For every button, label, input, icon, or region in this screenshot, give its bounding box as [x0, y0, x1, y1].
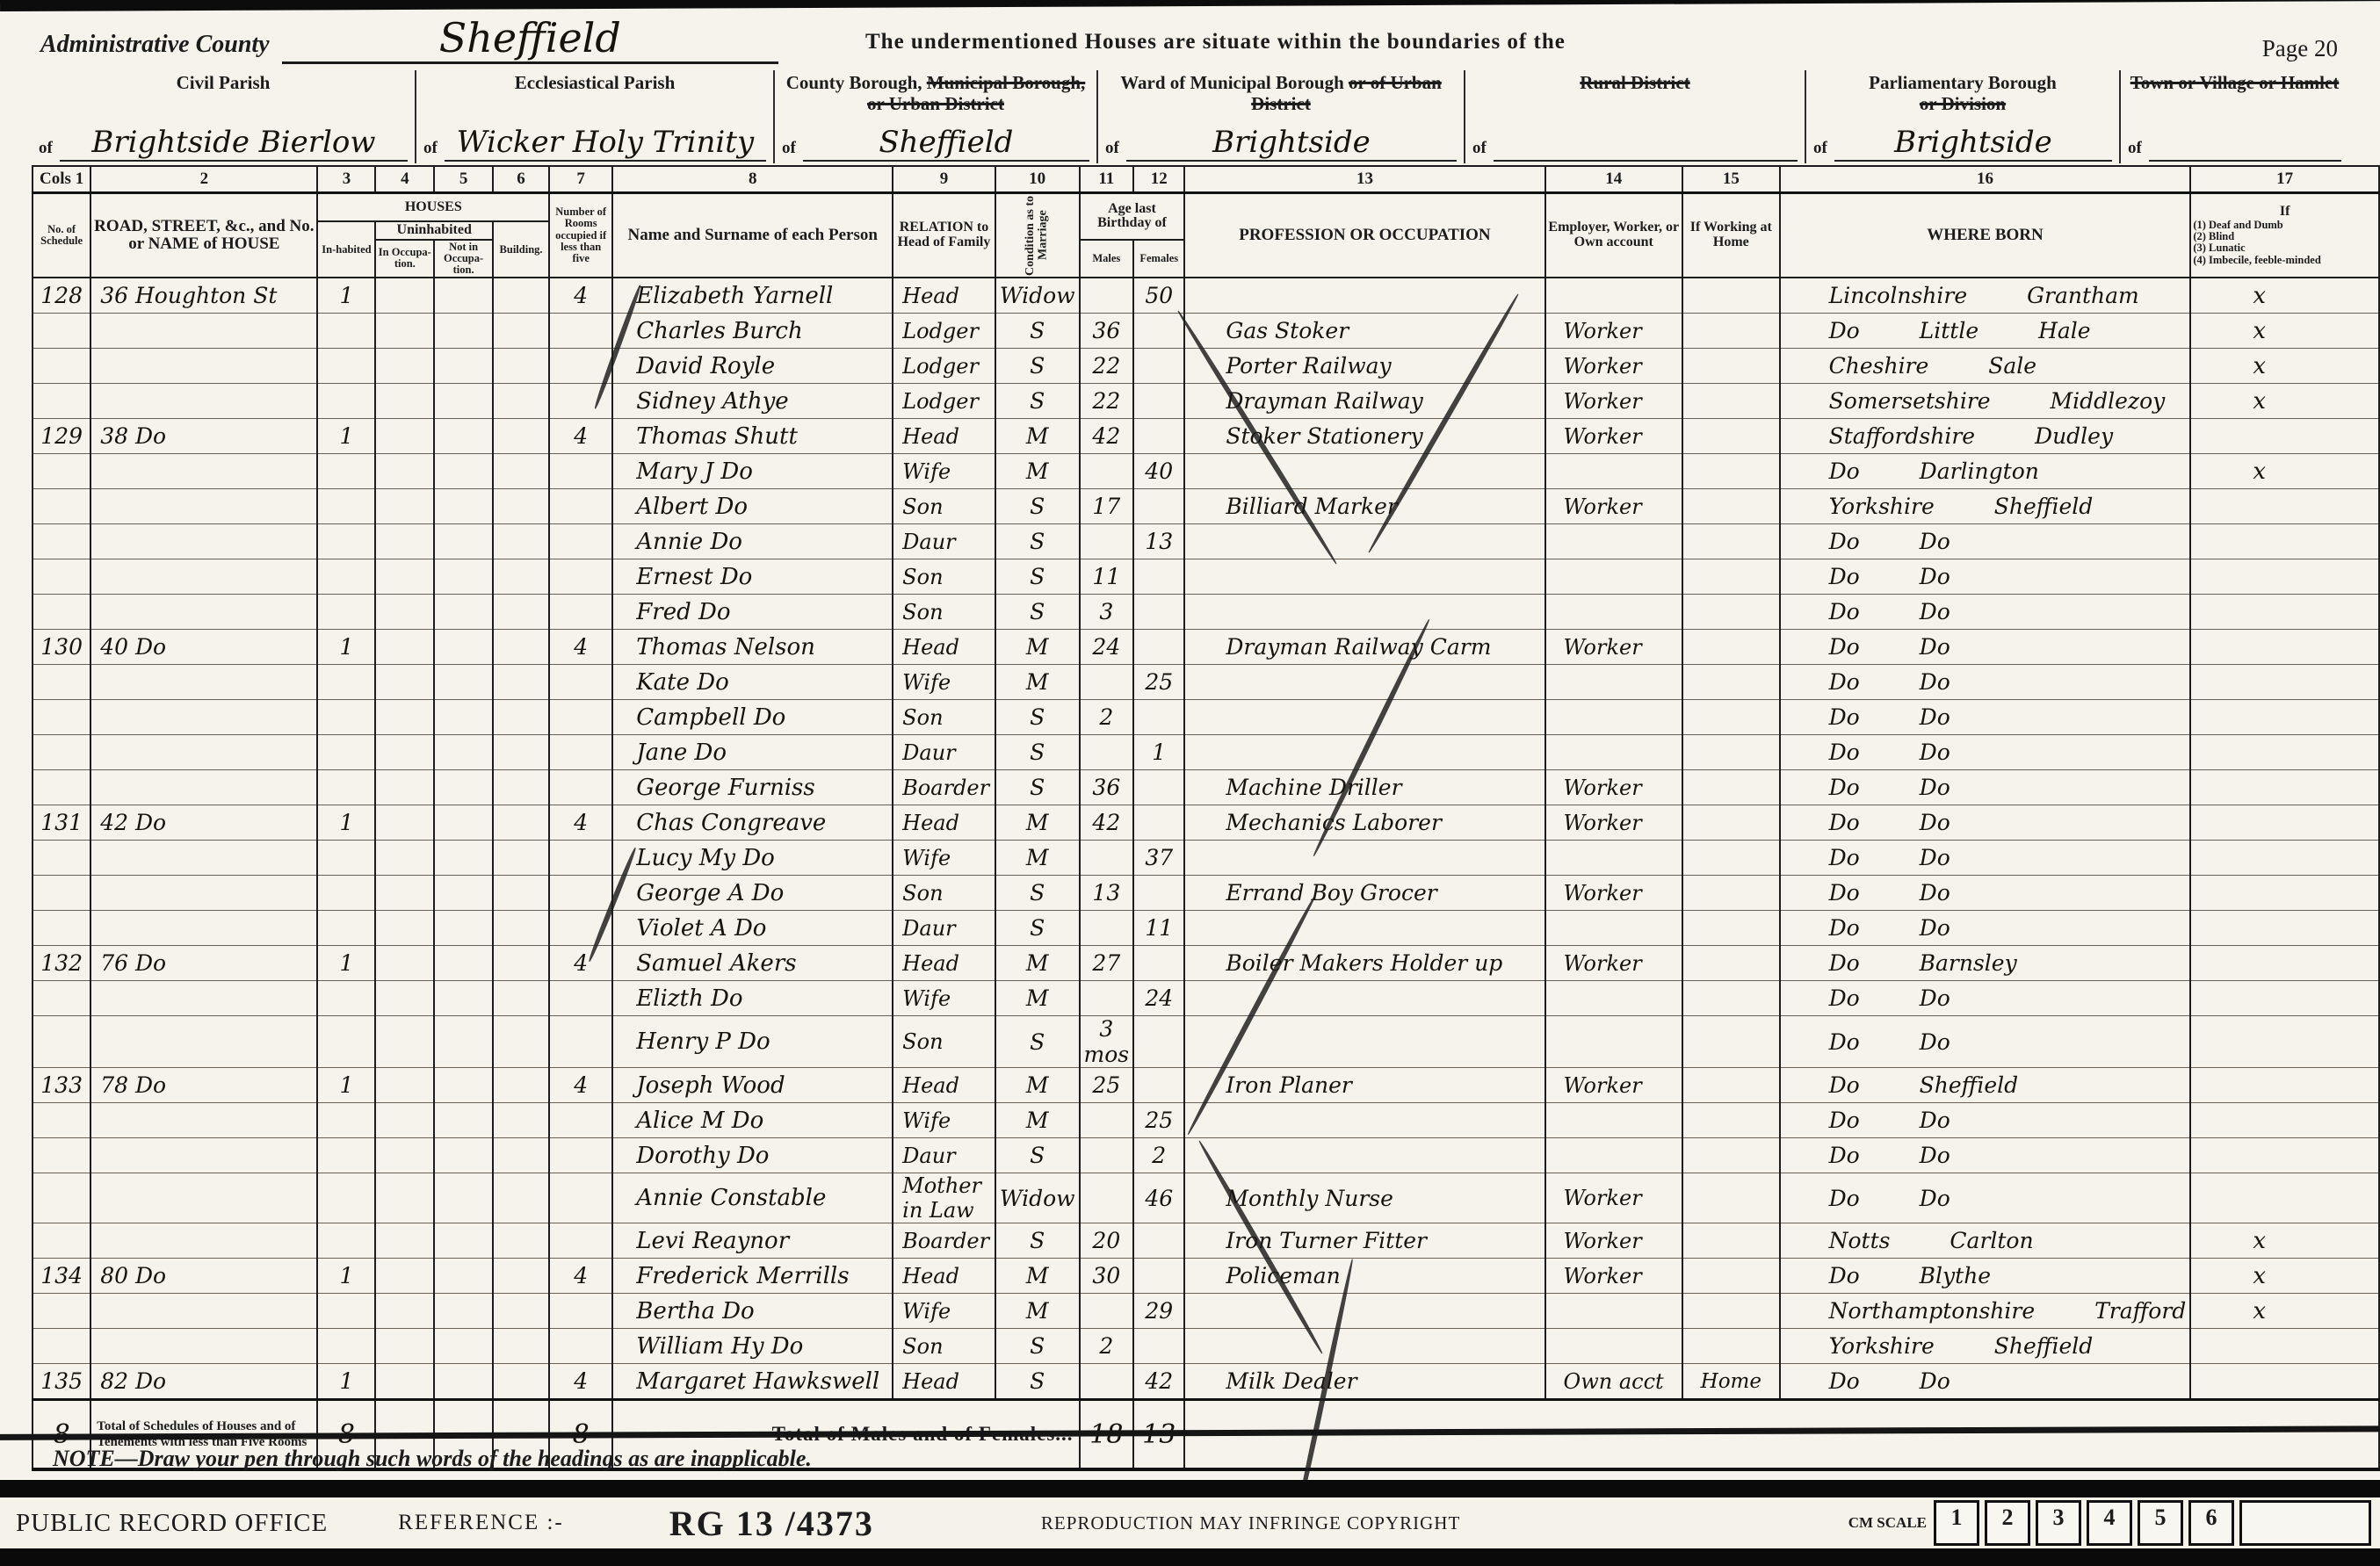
cell-infirmity: x [2190, 349, 2379, 384]
cm-scale-label: CM SCALE [1848, 1515, 1927, 1532]
cell-occupation [1184, 665, 1544, 700]
cell-age_m [1080, 841, 1134, 876]
cell-in_occupation [375, 946, 434, 981]
cell-schedule: 130 [33, 630, 90, 665]
cell-age_m: 36 [1080, 770, 1134, 805]
cell-building [493, 314, 549, 349]
cell-employer: Worker [1545, 1259, 1683, 1294]
cell-infirmity [2190, 1364, 2379, 1400]
cell-where_born: Do Do [1780, 841, 2191, 876]
cell-not_in_occupation [434, 770, 493, 805]
cell-employer [1545, 700, 1683, 735]
cell-in_occupation [375, 1173, 434, 1223]
cell-rooms [549, 841, 612, 876]
cell-rooms: 4 [549, 278, 612, 314]
cell-age_m: 22 [1080, 384, 1134, 419]
cell-name: Sidney Athye [612, 384, 893, 419]
person-row: Jane DoDaurS1Do Do [33, 735, 2379, 770]
cell-in_occupation [375, 278, 434, 314]
person-row: Annie DoDaurS13Do Do [33, 524, 2379, 559]
of-label: of [39, 139, 53, 162]
cell-infirmity: x [2190, 1223, 2379, 1259]
cell-building [493, 1016, 549, 1068]
cell-at_home [1682, 278, 1780, 314]
cell-rooms [549, 1016, 612, 1068]
header-houses-group: HOUSES [317, 193, 549, 222]
ward-cell: Ward of Municipal Borough or of Urban Di… [1098, 70, 1465, 163]
cell-name: Ernest Do [612, 559, 893, 595]
cell-condition: S [995, 349, 1080, 384]
cell-address [90, 595, 317, 630]
cell-where_born: Cheshire Sale [1780, 349, 2191, 384]
cell-age_m [1080, 1294, 1134, 1329]
cell-name: Annie Constable [612, 1173, 893, 1223]
cell-age_f [1133, 349, 1184, 384]
cell-age_m: 3 [1080, 595, 1134, 630]
cell-schedule [33, 384, 90, 419]
cell-schedule [33, 1294, 90, 1329]
cell-age_m [1080, 911, 1134, 946]
cell-in_occupation [375, 700, 434, 735]
cell-relation: Head [893, 1364, 995, 1400]
cell-name: Levi Reaynor [612, 1223, 893, 1259]
cell-age_f: 25 [1133, 1103, 1184, 1138]
cell-name: Elizth Do [612, 981, 893, 1016]
cell-condition: M [995, 665, 1080, 700]
cell-infirmity [2190, 841, 2379, 876]
column-number: 7 [549, 166, 612, 193]
cell-where_born: Do Do [1780, 559, 2191, 595]
cell-condition: S [995, 1138, 1080, 1173]
column-number: 14 [1545, 166, 1683, 193]
cell-not_in_occupation [434, 489, 493, 524]
cell-address [90, 981, 317, 1016]
scale-box: 3 [2036, 1500, 2081, 1546]
column-number: 9 [893, 166, 995, 193]
cell-occupation: Billiard Marker [1184, 489, 1544, 524]
cell-age_f [1133, 770, 1184, 805]
cell-condition: Widow [995, 278, 1080, 314]
cell-name: Kate Do [612, 665, 893, 700]
cell-not_in_occupation [434, 1173, 493, 1223]
archive-office-label: PUBLIC RECORD OFFICE [16, 1509, 328, 1538]
cell-building [493, 1364, 549, 1400]
cell-where_born: Yorkshire Sheffield [1780, 489, 2191, 524]
cell-occupation: Mechanics Laborer [1184, 805, 1544, 841]
cell-inhabited [317, 524, 375, 559]
cell-not_in_occupation [434, 559, 493, 595]
cell-schedule [33, 876, 90, 911]
cell-age_m: 24 [1080, 630, 1134, 665]
cell-infirmity [2190, 946, 2379, 981]
cell-building [493, 876, 549, 911]
cell-occupation [1184, 595, 1544, 630]
cell-at_home [1682, 559, 1780, 595]
person-row: Campbell DoSonS2Do Do [33, 700, 2379, 735]
cell-employer: Worker [1545, 1173, 1683, 1223]
cell-age_m [1080, 1173, 1134, 1223]
cell-where_born: Lincolnshire Grantham [1780, 278, 2191, 314]
cell-building [493, 349, 549, 384]
cell-where_born: Do Do [1780, 981, 2191, 1016]
cell-rooms [549, 665, 612, 700]
cell-schedule [33, 1329, 90, 1364]
cell-age_f: 40 [1133, 454, 1184, 489]
cell-age_m [1080, 278, 1134, 314]
cell-inhabited: 1 [317, 946, 375, 981]
cell-building [493, 1173, 549, 1223]
parliamentary-borough-label: Parliamentary Borough or Division [1813, 72, 2112, 114]
cell-age_f [1133, 805, 1184, 841]
cell-name: Thomas Nelson [612, 630, 893, 665]
header-condition: Condition as to Marriage [995, 193, 1080, 278]
cell-relation: Daur [893, 911, 995, 946]
cell-schedule [33, 981, 90, 1016]
cell-condition: M [995, 981, 1080, 1016]
person-row: Annie ConstableMother in LawWidow46Month… [33, 1173, 2379, 1223]
cell-rooms [549, 1223, 612, 1259]
cell-schedule [33, 1138, 90, 1173]
cell-occupation: Errand Boy Grocer [1184, 876, 1544, 911]
cell-at_home [1682, 1329, 1780, 1364]
cell-in_occupation [375, 1329, 434, 1364]
cell-at_home [1682, 1259, 1780, 1294]
cell-in_occupation [375, 981, 434, 1016]
cell-building [493, 700, 549, 735]
administrative-county: Administrative County Sheffield [40, 14, 778, 64]
town-village-cell: Town or Village or Hamlet of [2121, 70, 2348, 163]
cell-relation: Boarder [893, 770, 995, 805]
cell-occupation [1184, 1294, 1544, 1329]
cell-schedule [33, 349, 90, 384]
cell-relation: Wife [893, 454, 995, 489]
person-row: Mary J DoWifeM40Do Darlingtonx [33, 454, 2379, 489]
header-rooms: Number of Rooms occupied if less than fi… [549, 193, 612, 278]
cell-infirmity [2190, 700, 2379, 735]
column-number: 12 [1133, 166, 1184, 193]
cell-employer: Worker [1545, 1068, 1683, 1103]
cell-inhabited [317, 559, 375, 595]
cell-name: Alice M Do [612, 1103, 893, 1138]
cell-age_f [1133, 559, 1184, 595]
header-employer: Employer, Worker, or Own account [1545, 193, 1683, 278]
cell-condition: S [995, 700, 1080, 735]
cell-schedule [33, 1173, 90, 1223]
cell-at_home [1682, 876, 1780, 911]
cell-rooms [549, 1173, 612, 1223]
cell-employer: Worker [1545, 805, 1683, 841]
cell-age_m: 13 [1080, 876, 1134, 911]
cell-employer: Worker [1545, 419, 1683, 454]
ecclesiastical-parish-value: Wicker Holy Trinity [445, 125, 766, 162]
table-header: Cols 1234567891011121314151617 No. of Sc… [33, 166, 2379, 278]
cell-address [90, 1223, 317, 1259]
cell-schedule: 133 [33, 1068, 90, 1103]
cell-infirmity: x [2190, 454, 2379, 489]
rural-district-value [1494, 134, 1798, 162]
cell-building [493, 595, 549, 630]
cell-inhabited: 1 [317, 1068, 375, 1103]
cell-in_occupation [375, 489, 434, 524]
cell-occupation: Porter Railway [1184, 349, 1544, 384]
cell-address [90, 314, 317, 349]
cell-relation: Wife [893, 841, 995, 876]
cell-where_born: Do Do [1780, 770, 2191, 805]
person-row: Sidney AthyeLodgerS22Drayman RailwayWork… [33, 384, 2379, 419]
cell-infirmity [2190, 595, 2379, 630]
scale-box: 6 [2188, 1500, 2234, 1546]
cell-address [90, 1103, 317, 1138]
person-row: Alice M DoWifeM25Do Do [33, 1103, 2379, 1138]
cell-relation: Son [893, 1329, 995, 1364]
cell-schedule [33, 314, 90, 349]
cell-at_home [1682, 524, 1780, 559]
cell-age_f [1133, 1068, 1184, 1103]
cell-building [493, 1329, 549, 1364]
cell-building [493, 841, 549, 876]
cell-at_home [1682, 1223, 1780, 1259]
cell-building [493, 1259, 549, 1294]
cell-occupation: Milk Dealer [1184, 1364, 1544, 1400]
cell-in_occupation [375, 1364, 434, 1400]
cell-where_born: Somersetshire Middlezoy [1780, 384, 2191, 419]
cell-inhabited [317, 911, 375, 946]
cell-at_home [1682, 349, 1780, 384]
cell-rooms: 4 [549, 1364, 612, 1400]
cell-schedule [33, 1016, 90, 1068]
cell-infirmity [2190, 489, 2379, 524]
column-number: 8 [612, 166, 893, 193]
cell-inhabited [317, 314, 375, 349]
cell-at_home [1682, 805, 1780, 841]
cell-in_occupation [375, 559, 434, 595]
cell-name: William Hy Do [612, 1329, 893, 1364]
cell-employer: Worker [1545, 946, 1683, 981]
cell-employer [1545, 595, 1683, 630]
cell-name: Joseph Wood [612, 1068, 893, 1103]
cell-where_born: Do Do [1780, 1016, 2191, 1068]
cell-at_home [1682, 630, 1780, 665]
cell-address [90, 1138, 317, 1173]
cell-schedule: 135 [33, 1364, 90, 1400]
cell-rooms [549, 595, 612, 630]
cell-building [493, 1103, 549, 1138]
cell-age_m [1080, 454, 1134, 489]
cell-employer [1545, 911, 1683, 946]
cell-age_f: 42 [1133, 1364, 1184, 1400]
cell-name: Dorothy Do [612, 1138, 893, 1173]
cell-at_home [1682, 489, 1780, 524]
cell-infirmity [2190, 1329, 2379, 1364]
cell-at_home [1682, 1173, 1780, 1223]
ecclesiastical-parish-label: Ecclesiastical Parish [423, 72, 766, 93]
cell-employer [1545, 841, 1683, 876]
person-row: George FurnissBoarderS36Machine DrillerW… [33, 770, 2379, 805]
column-number: 13 [1184, 166, 1544, 193]
cell-age_f [1133, 595, 1184, 630]
cell-age_f [1133, 630, 1184, 665]
cell-employer: Worker [1545, 876, 1683, 911]
cell-name: Charles Burch [612, 314, 893, 349]
column-number: 5 [434, 166, 493, 193]
cell-where_born: Do Do [1780, 595, 2191, 630]
column-number: 10 [995, 166, 1080, 193]
cell-rooms [549, 559, 612, 595]
struck-words: or Division [1920, 93, 2006, 114]
cell-inhabited [317, 1223, 375, 1259]
cell-infirmity: x [2190, 314, 2379, 349]
cell-relation: Head [893, 278, 995, 314]
scale-box: 2 [1985, 1500, 2030, 1546]
cell-occupation: Iron Planer [1184, 1068, 1544, 1103]
cell-employer [1545, 454, 1683, 489]
cell-age_m: 3 mos [1080, 1016, 1134, 1068]
cell-age_m [1080, 735, 1134, 770]
cell-name: Margaret Hawkswell [612, 1364, 893, 1400]
cell-relation: Head [893, 630, 995, 665]
cell-at_home [1682, 770, 1780, 805]
cell-condition: M [995, 1259, 1080, 1294]
cell-inhabited [317, 489, 375, 524]
cell-at_home [1682, 1016, 1780, 1068]
cell-address: 40 Do [90, 630, 317, 665]
cell-building [493, 384, 549, 419]
cell-not_in_occupation [434, 595, 493, 630]
cell-name: Lucy My Do [612, 841, 893, 876]
cell-age_f: 37 [1133, 841, 1184, 876]
cell-rooms [549, 1103, 612, 1138]
cell-infirmity: x [2190, 278, 2379, 314]
cell-address [90, 454, 317, 489]
cell-inhabited: 1 [317, 805, 375, 841]
cell-age_m: 22 [1080, 349, 1134, 384]
header-infirmity: If (1) Deaf and Dumb (2) Blind (3) Lunat… [2190, 193, 2379, 278]
cell-employer [1545, 278, 1683, 314]
cell-building [493, 278, 549, 314]
cell-relation: Lodger [893, 349, 995, 384]
cell-age_f [1133, 876, 1184, 911]
cell-age_f: 13 [1133, 524, 1184, 559]
cell-condition: S [995, 1364, 1080, 1400]
cell-where_born: Do Do [1780, 524, 2191, 559]
cell-infirmity [2190, 981, 2379, 1016]
header-where-born: WHERE BORN [1780, 193, 2191, 278]
footnote: NOTE—Draw your pen through such words of… [53, 1446, 812, 1472]
cell-condition: M [995, 946, 1080, 981]
cell-age_f: 29 [1133, 1294, 1184, 1329]
cell-where_born: Do Do [1780, 700, 2191, 735]
person-row: 12938 Do14Thomas ShuttHeadM42Stoker Stat… [33, 419, 2379, 454]
person-row: Charles BurchLodgerS36Gas StokerWorkerDo… [33, 314, 2379, 349]
cell-age_f [1133, 489, 1184, 524]
cell-inhabited [317, 1016, 375, 1068]
cell-building [493, 419, 549, 454]
cell-schedule: 131 [33, 805, 90, 841]
cell-not_in_occupation [434, 1016, 493, 1068]
cell-employer [1545, 524, 1683, 559]
cell-where_born: Staffordshire Dudley [1780, 419, 2191, 454]
person-row: Bertha DoWifeM29Northamptonshire Traffor… [33, 1294, 2379, 1329]
cell-age_m: 20 [1080, 1223, 1134, 1259]
cell-rooms [549, 314, 612, 349]
cell-infirmity: x [2190, 384, 2379, 419]
cell-address [90, 876, 317, 911]
column-number: 6 [493, 166, 549, 193]
cell-infirmity [2190, 630, 2379, 665]
cell-name: Bertha Do [612, 1294, 893, 1329]
cell-at_home [1682, 454, 1780, 489]
cell-inhabited [317, 384, 375, 419]
cell-age_f [1133, 384, 1184, 419]
civil-parish-value: Brightside Bierlow [60, 125, 408, 162]
cell-in_occupation [375, 841, 434, 876]
cell-not_in_occupation [434, 419, 493, 454]
cell-not_in_occupation [434, 1364, 493, 1400]
cell-schedule [33, 665, 90, 700]
cell-at_home [1682, 841, 1780, 876]
cell-age_f [1133, 419, 1184, 454]
cell-where_born: Do Do [1780, 1103, 2191, 1138]
cell-schedule [33, 489, 90, 524]
cell-relation: Lodger [893, 384, 995, 419]
census-page-scan: Administrative County Sheffield The unde… [0, 0, 2380, 1566]
cell-condition: Widow [995, 1173, 1080, 1223]
cell-relation: Head [893, 805, 995, 841]
cell-occupation [1184, 524, 1544, 559]
header-road: ROAD, STREET, &c., and No. or NAME of HO… [90, 193, 317, 278]
cell-where_born: Northamptonshire Trafford [1780, 1294, 2191, 1329]
cell-name: George Furniss [612, 770, 893, 805]
cell-not_in_occupation [434, 1223, 493, 1259]
cell-schedule [33, 841, 90, 876]
cell-condition: M [995, 419, 1080, 454]
cell-building [493, 1138, 549, 1173]
cell-rooms [549, 1294, 612, 1329]
cell-inhabited [317, 770, 375, 805]
cell-where_born: Do Do [1780, 665, 2191, 700]
cell-condition: S [995, 911, 1080, 946]
cell-address: 82 Do [90, 1364, 317, 1400]
cell-inhabited [317, 735, 375, 770]
cell-at_home [1682, 700, 1780, 735]
cell-employer: Worker [1545, 349, 1683, 384]
civil-parish-cell: Civil Parish of Brightside Bierlow [32, 70, 416, 163]
cell-condition: S [995, 876, 1080, 911]
cell-address [90, 665, 317, 700]
scale-box: 5 [2138, 1500, 2183, 1546]
cell-where_born: Do Sheffield [1780, 1068, 2191, 1103]
cell-employer [1545, 1294, 1683, 1329]
header-males: Males [1080, 240, 1134, 278]
header-females: Females [1133, 240, 1184, 278]
cell-relation: Son [893, 700, 995, 735]
cell-occupation [1184, 1138, 1544, 1173]
cell-where_born: Yorkshire Sheffield [1780, 1329, 2191, 1364]
cell-rooms [549, 700, 612, 735]
cell-condition: M [995, 1103, 1080, 1138]
cell-where_born: Do Little Hale [1780, 314, 2191, 349]
cell-occupation [1184, 454, 1544, 489]
cell-not_in_occupation [434, 314, 493, 349]
cell-inhabited [317, 1103, 375, 1138]
cell-inhabited [317, 876, 375, 911]
cell-infirmity [2190, 1016, 2379, 1068]
cell-occupation: Stoker Stationery [1184, 419, 1544, 454]
cell-not_in_occupation [434, 524, 493, 559]
cell-condition: M [995, 1294, 1080, 1329]
cell-infirmity: x [2190, 1294, 2379, 1329]
county-borough-value: Sheffield [803, 125, 1089, 162]
